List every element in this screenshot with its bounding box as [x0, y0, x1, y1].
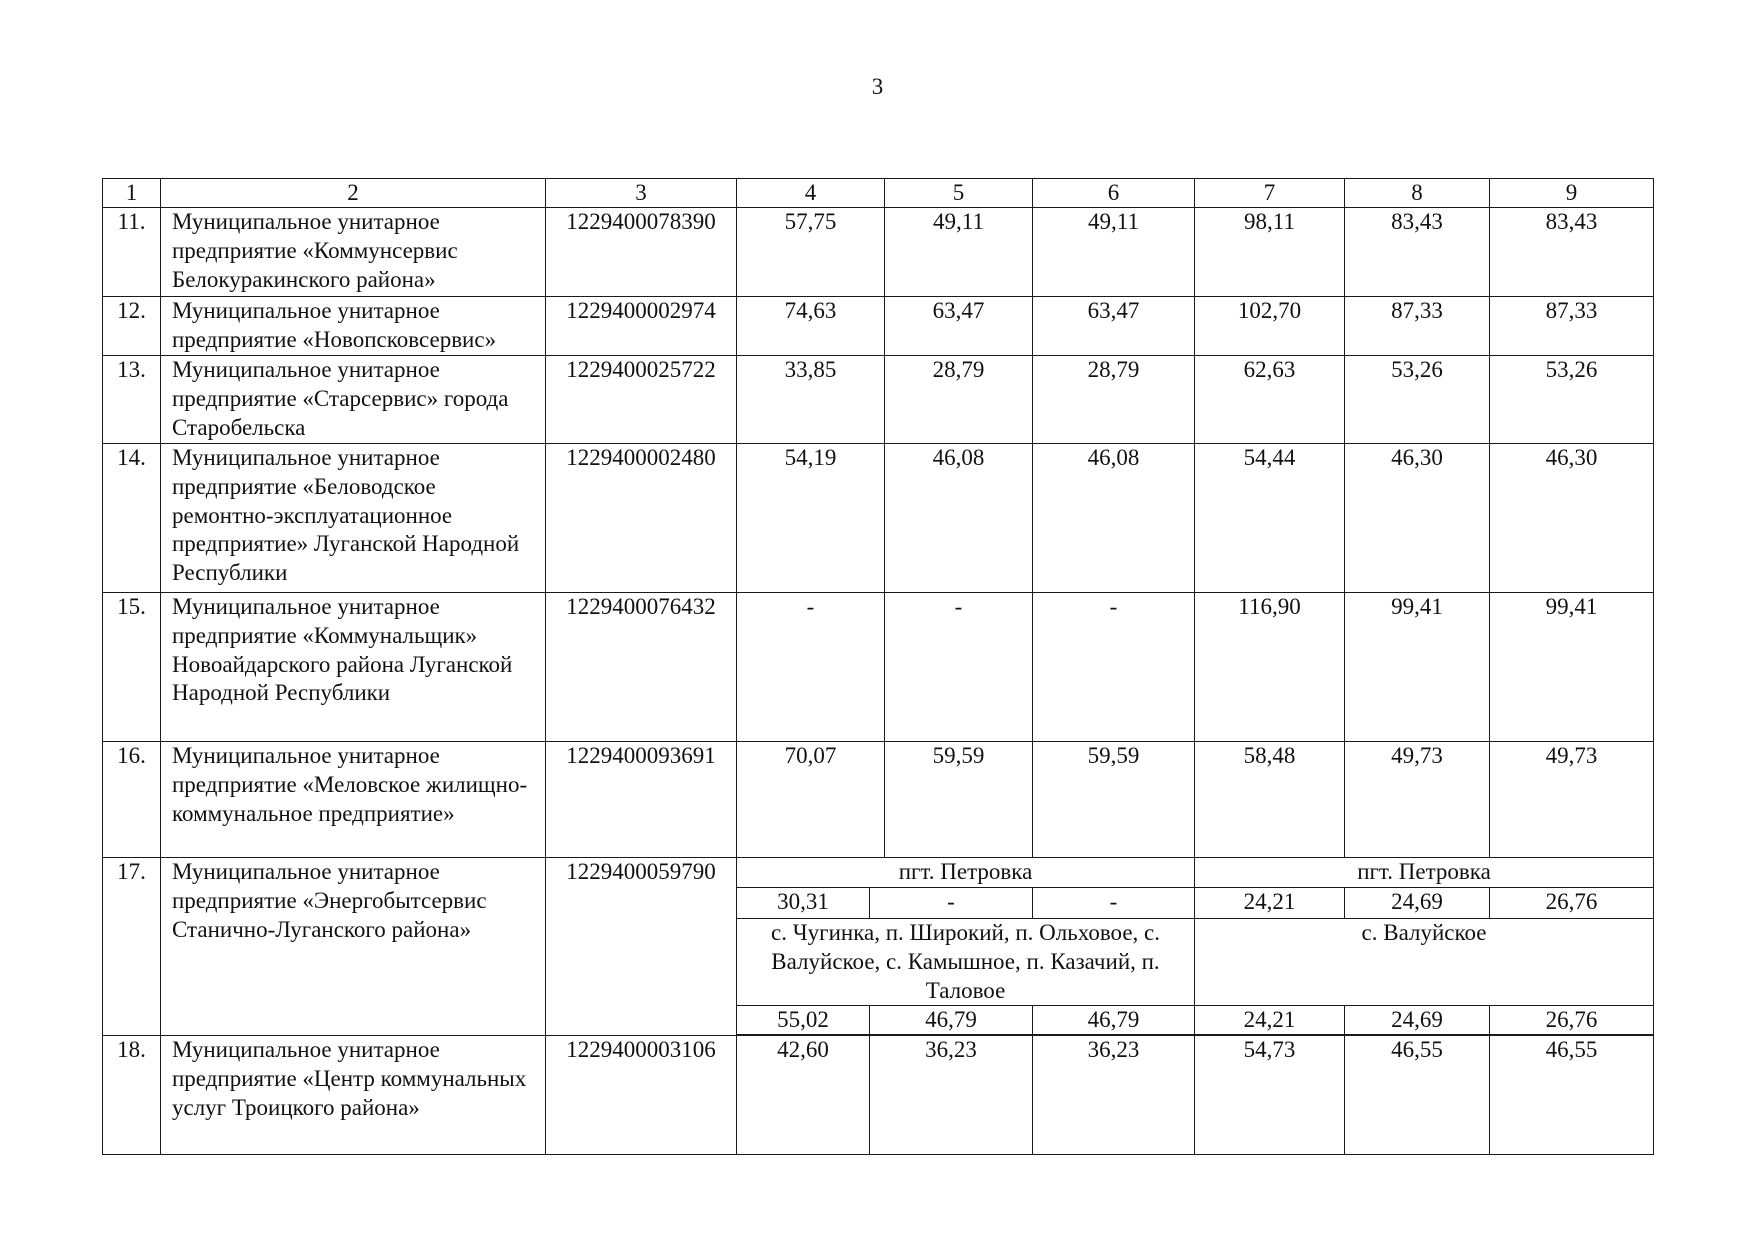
value-cell: 46,79: [870, 1006, 1033, 1035]
row-number: 15.: [103, 593, 161, 742]
row-number: 16.: [103, 742, 161, 858]
value-cell: 24,21: [1195, 1006, 1345, 1035]
ogrn: 1229400093691: [546, 742, 737, 858]
value-cell: 49,73: [1490, 742, 1654, 858]
value-cell: 26,76: [1490, 1006, 1654, 1035]
value-cell: 46,30: [1490, 444, 1654, 593]
ogrn: 1229400002974: [546, 297, 737, 356]
value-cell: 24,21: [1195, 888, 1345, 919]
enterprise-name: Муниципальное унитарное предприятие «Мел…: [161, 742, 546, 858]
header-cell: 6: [1033, 179, 1195, 208]
value-cell: 57,75: [737, 208, 885, 297]
enterprise-name: Муниципальное унитарное предприятие «Эне…: [161, 858, 546, 1036]
value-cell: 46,55: [1490, 1036, 1654, 1155]
table-row: 12.Муниципальное унитарное предприятие «…: [103, 297, 1654, 356]
header-cell: 2: [161, 179, 546, 208]
table-row: 16.Муниципальное унитарное предприятие «…: [103, 742, 1654, 858]
location-text: с. Чугинка, п. Широкий, п. Ольховое, с. …: [737, 919, 1194, 1005]
header-cell: 4: [737, 179, 885, 208]
value-cell: -: [885, 593, 1033, 742]
enterprise-name: Муниципальное унитарное предприятие «Бел…: [161, 444, 546, 593]
row-number: 14.: [103, 444, 161, 593]
value-cell: 83,43: [1490, 208, 1654, 297]
value-cell: 62,63: [1195, 356, 1345, 444]
value-cell: 42,60: [737, 1036, 870, 1155]
page-number: 3: [0, 74, 1755, 100]
row-number: 18.: [103, 1036, 161, 1155]
value-cell: 24,69: [1345, 1006, 1490, 1035]
ogrn: 1229400059790: [546, 858, 737, 1036]
value-cell: 63,47: [885, 297, 1033, 356]
enterprise-name: Муниципальное унитарное предприятие «Ста…: [161, 356, 546, 444]
value-cell: 53,26: [1490, 356, 1654, 444]
value-cell: 63,47: [1033, 297, 1195, 356]
row-number: 11.: [103, 208, 161, 297]
value-cell: 46,08: [885, 444, 1033, 593]
location-label: с. Чугинка, п. Широкий, п. Ольховое, с. …: [737, 919, 1195, 1006]
value-cell: 87,33: [1490, 297, 1654, 356]
value-cell: -: [1033, 593, 1195, 742]
location-label: пгт. Петровка: [737, 858, 1195, 888]
header-cell: 7: [1195, 179, 1345, 208]
value-cell: 54,73: [1195, 1036, 1345, 1155]
value-cell: 116,90: [1195, 593, 1345, 742]
row-number: 12.: [103, 297, 161, 356]
value-cell: 59,59: [1033, 742, 1195, 858]
table-row: 15.Муниципальное унитарное предприятие «…: [103, 593, 1654, 742]
value-cell: -: [737, 593, 885, 742]
value-cell: 28,79: [885, 356, 1033, 444]
value-cell: 49,73: [1345, 742, 1490, 858]
value-cell: 26,76: [1490, 888, 1654, 919]
ogrn: 1229400078390: [546, 208, 737, 297]
value-cell: 53,26: [1345, 356, 1490, 444]
value-cell: 99,41: [1490, 593, 1654, 742]
table-row: 18. Муниципальное унитарное предприятие …: [103, 1036, 1654, 1155]
value-cell: 83,43: [1345, 208, 1490, 297]
value-cell: 58,48: [1195, 742, 1345, 858]
value-cell: 54,19: [737, 444, 885, 593]
location-label: пгт. Петровка: [1195, 858, 1654, 888]
value-cell: 36,23: [1033, 1036, 1195, 1155]
value-cell: 49,11: [885, 208, 1033, 297]
value-cell: 55,02: [737, 1006, 870, 1035]
header-cell: 8: [1345, 179, 1490, 208]
value-cell: -: [1033, 888, 1195, 919]
header-cell: 5: [885, 179, 1033, 208]
row-number: 17.: [103, 858, 161, 1036]
value-cell: 54,44: [1195, 444, 1345, 593]
header-cell: 9: [1490, 179, 1654, 208]
value-cell: 99,41: [1345, 593, 1490, 742]
value-cell: 24,69: [1345, 888, 1490, 919]
value-cell: 49,11: [1033, 208, 1195, 297]
value-cell: 46,08: [1033, 444, 1195, 593]
value-cell: 46,30: [1345, 444, 1490, 593]
header-cell: 1: [103, 179, 161, 208]
value-cell: -: [870, 888, 1033, 919]
ogrn: 1229400002480: [546, 444, 737, 593]
table-row: 11.Муниципальное унитарное предприятие «…: [103, 208, 1654, 297]
header-row: 1 2 3 4 5 6 7 8 9: [103, 179, 1654, 208]
enterprise-name: Муниципальное унитарное предприятие «Ком…: [161, 208, 546, 297]
enterprise-name: Муниципальное унитарное предприятие «Нов…: [161, 297, 546, 356]
header-cell: 3: [546, 179, 737, 208]
value-cell: 33,85: [737, 356, 885, 444]
value-cell: 70,07: [737, 742, 885, 858]
value-cell: 87,33: [1345, 297, 1490, 356]
value-cell: 36,23: [870, 1036, 1033, 1155]
tariff-table: 1 2 3 4 5 6 7 8 9 11.Муниципальное унита…: [102, 178, 1654, 1155]
ogrn: 1229400076432: [546, 593, 737, 742]
table-row: 17. Муниципальное унитарное предприятие …: [103, 858, 1654, 888]
value-cell: 28,79: [1033, 356, 1195, 444]
value-cell: 98,11: [1195, 208, 1345, 297]
value-cell: 102,70: [1195, 297, 1345, 356]
ogrn: 1229400025722: [546, 356, 737, 444]
ogrn: 1229400003106: [546, 1036, 737, 1155]
value-cell: 30,31: [737, 888, 870, 919]
value-cell: 46,79: [1033, 1006, 1195, 1035]
row-number: 13.: [103, 356, 161, 444]
value-cell: 59,59: [885, 742, 1033, 858]
value-cell: 46,55: [1345, 1036, 1490, 1155]
enterprise-name: Муниципальное унитарное предприятие «Цен…: [161, 1036, 546, 1155]
table-row: 13.Муниципальное унитарное предприятие «…: [103, 356, 1654, 444]
value-cell: 74,63: [737, 297, 885, 356]
enterprise-name: Муниципальное унитарное предприятие «Ком…: [161, 593, 546, 742]
table-row: 14.Муниципальное унитарное предприятие «…: [103, 444, 1654, 593]
location-label: с. Валуйское: [1195, 919, 1654, 1006]
